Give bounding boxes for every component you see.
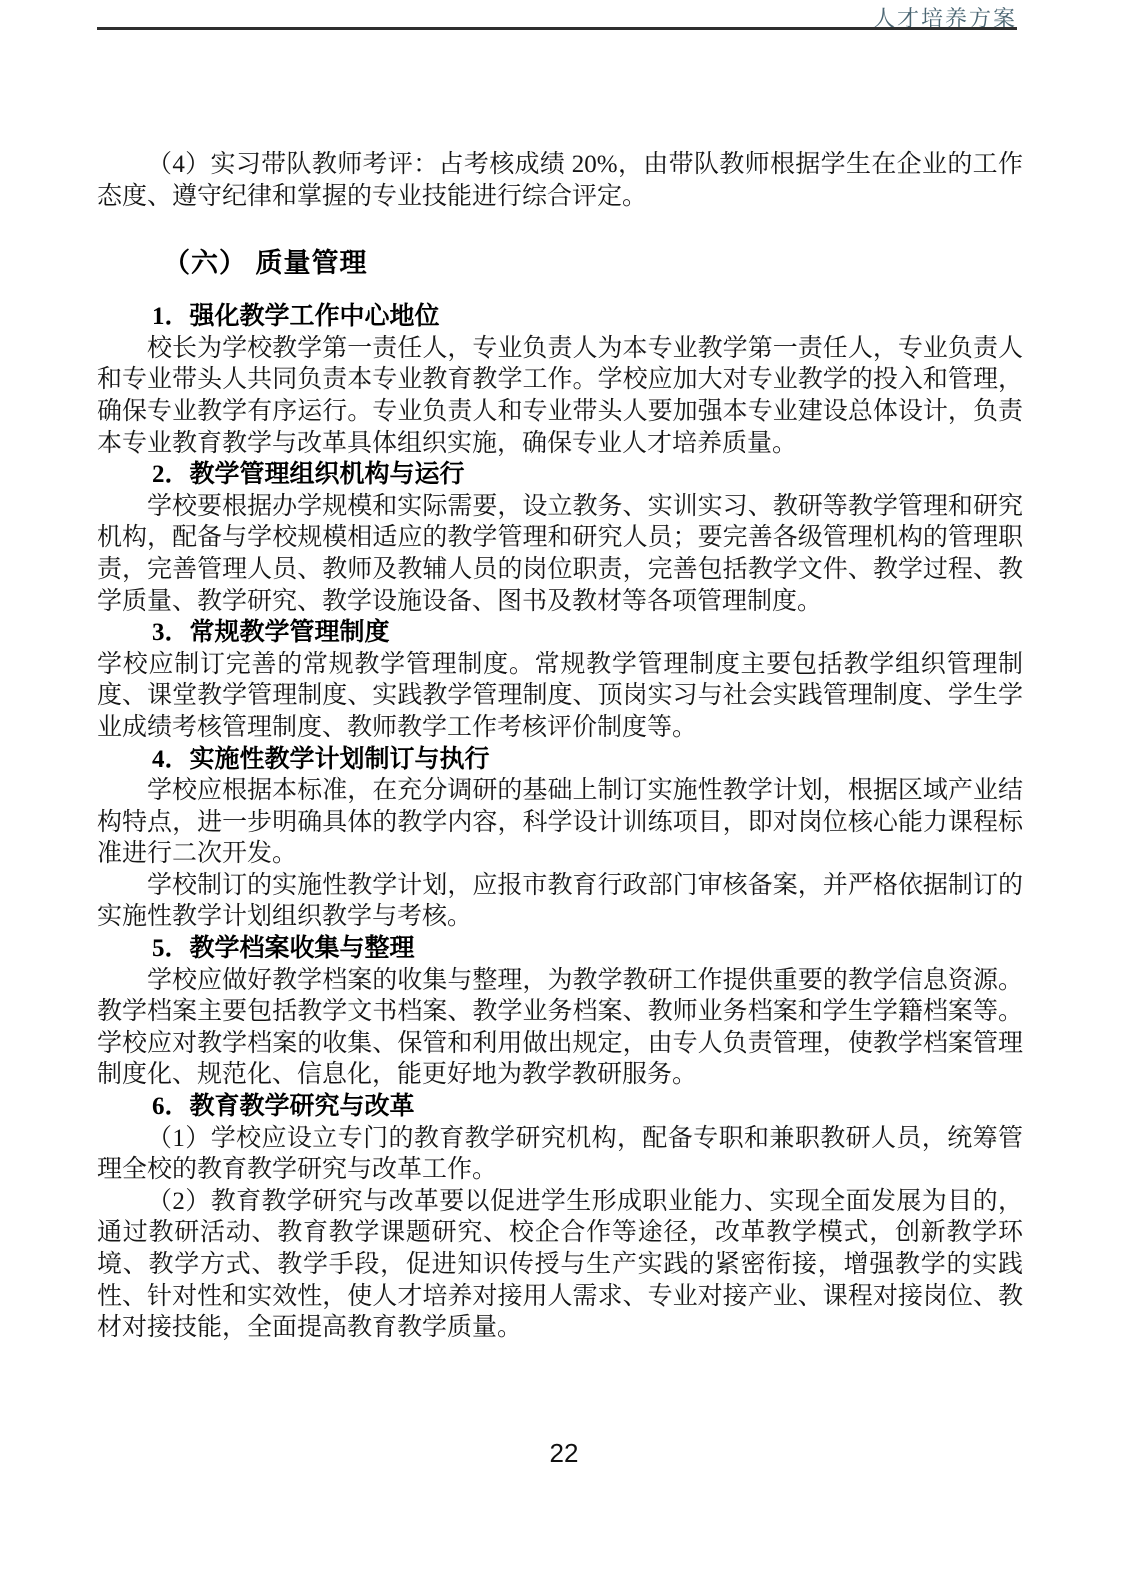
subsection-heading-5: 5．教学档案收集与整理 xyxy=(97,933,1023,965)
subsection-4-paragraph-1: 学校应根据本标准，在充分调研的基础上制订实施性教学计划，根据区域产业结构特点，进… xyxy=(97,775,1023,870)
subsection-heading-3: 3．常规教学管理制度 xyxy=(97,617,1023,649)
subsection-6-paragraph-1: （1）学校应设立专门的教育教学研究机构，配备专职和兼职教研人员，统筹管理全校的教… xyxy=(97,1123,1023,1186)
page-header: 人才培养方案 xyxy=(97,2,1017,35)
section-heading-quality-management: （六） 质量管理 xyxy=(97,248,1023,278)
header-title: 人才培养方案 xyxy=(873,2,1017,35)
document-body: （4）实习带队教师考评：占考核成绩 20%，由带队教师根据学生在企业的工作态度、… xyxy=(97,149,1023,1344)
subsection-3-paragraph: 学校应制订完善的常规教学管理制度。常规教学管理制度主要包括教学组织管理制度、课堂… xyxy=(97,649,1023,744)
document-page: 人才培养方案 （4）实习带队教师考评：占考核成绩 20%，由带队教师根据学生在企… xyxy=(0,0,1128,1572)
header-rule xyxy=(97,27,1017,30)
subsection-heading-1: 1．强化教学工作中心地位 xyxy=(97,301,1023,333)
page-number: 22 xyxy=(550,1438,579,1468)
intro-paragraph: （4）实习带队教师考评：占考核成绩 20%，由带队教师根据学生在企业的工作态度、… xyxy=(97,149,1023,212)
subsection-2-paragraph: 学校要根据办学规模和实际需要，设立教务、实训实习、教研等教学管理和研究机构，配备… xyxy=(97,491,1023,617)
subsection-heading-6: 6．教育教学研究与改革 xyxy=(97,1091,1023,1123)
subsection-4-paragraph-2: 学校制订的实施性教学计划，应报市教育行政部门审核备案，并严格依据制订的实施性教学… xyxy=(97,870,1023,933)
subsection-1-paragraph: 校长为学校教学第一责任人，专业负责人为本专业教学第一责任人，专业负责人和专业带头… xyxy=(97,333,1023,459)
subsection-6-paragraph-2: （2）教育教学研究与改革要以促进学生形成职业能力、实现全面发展为目的，通过教研活… xyxy=(97,1186,1023,1344)
subsection-heading-2: 2．教学管理组织机构与运行 xyxy=(97,459,1023,491)
subsection-heading-4: 4．实施性教学计划制订与执行 xyxy=(97,744,1023,776)
subsection-5-paragraph: 学校应做好教学档案的收集与整理，为教学教研工作提供重要的教学信息资源。教学档案主… xyxy=(97,965,1023,1091)
page-footer: 22 xyxy=(0,1438,1128,1469)
